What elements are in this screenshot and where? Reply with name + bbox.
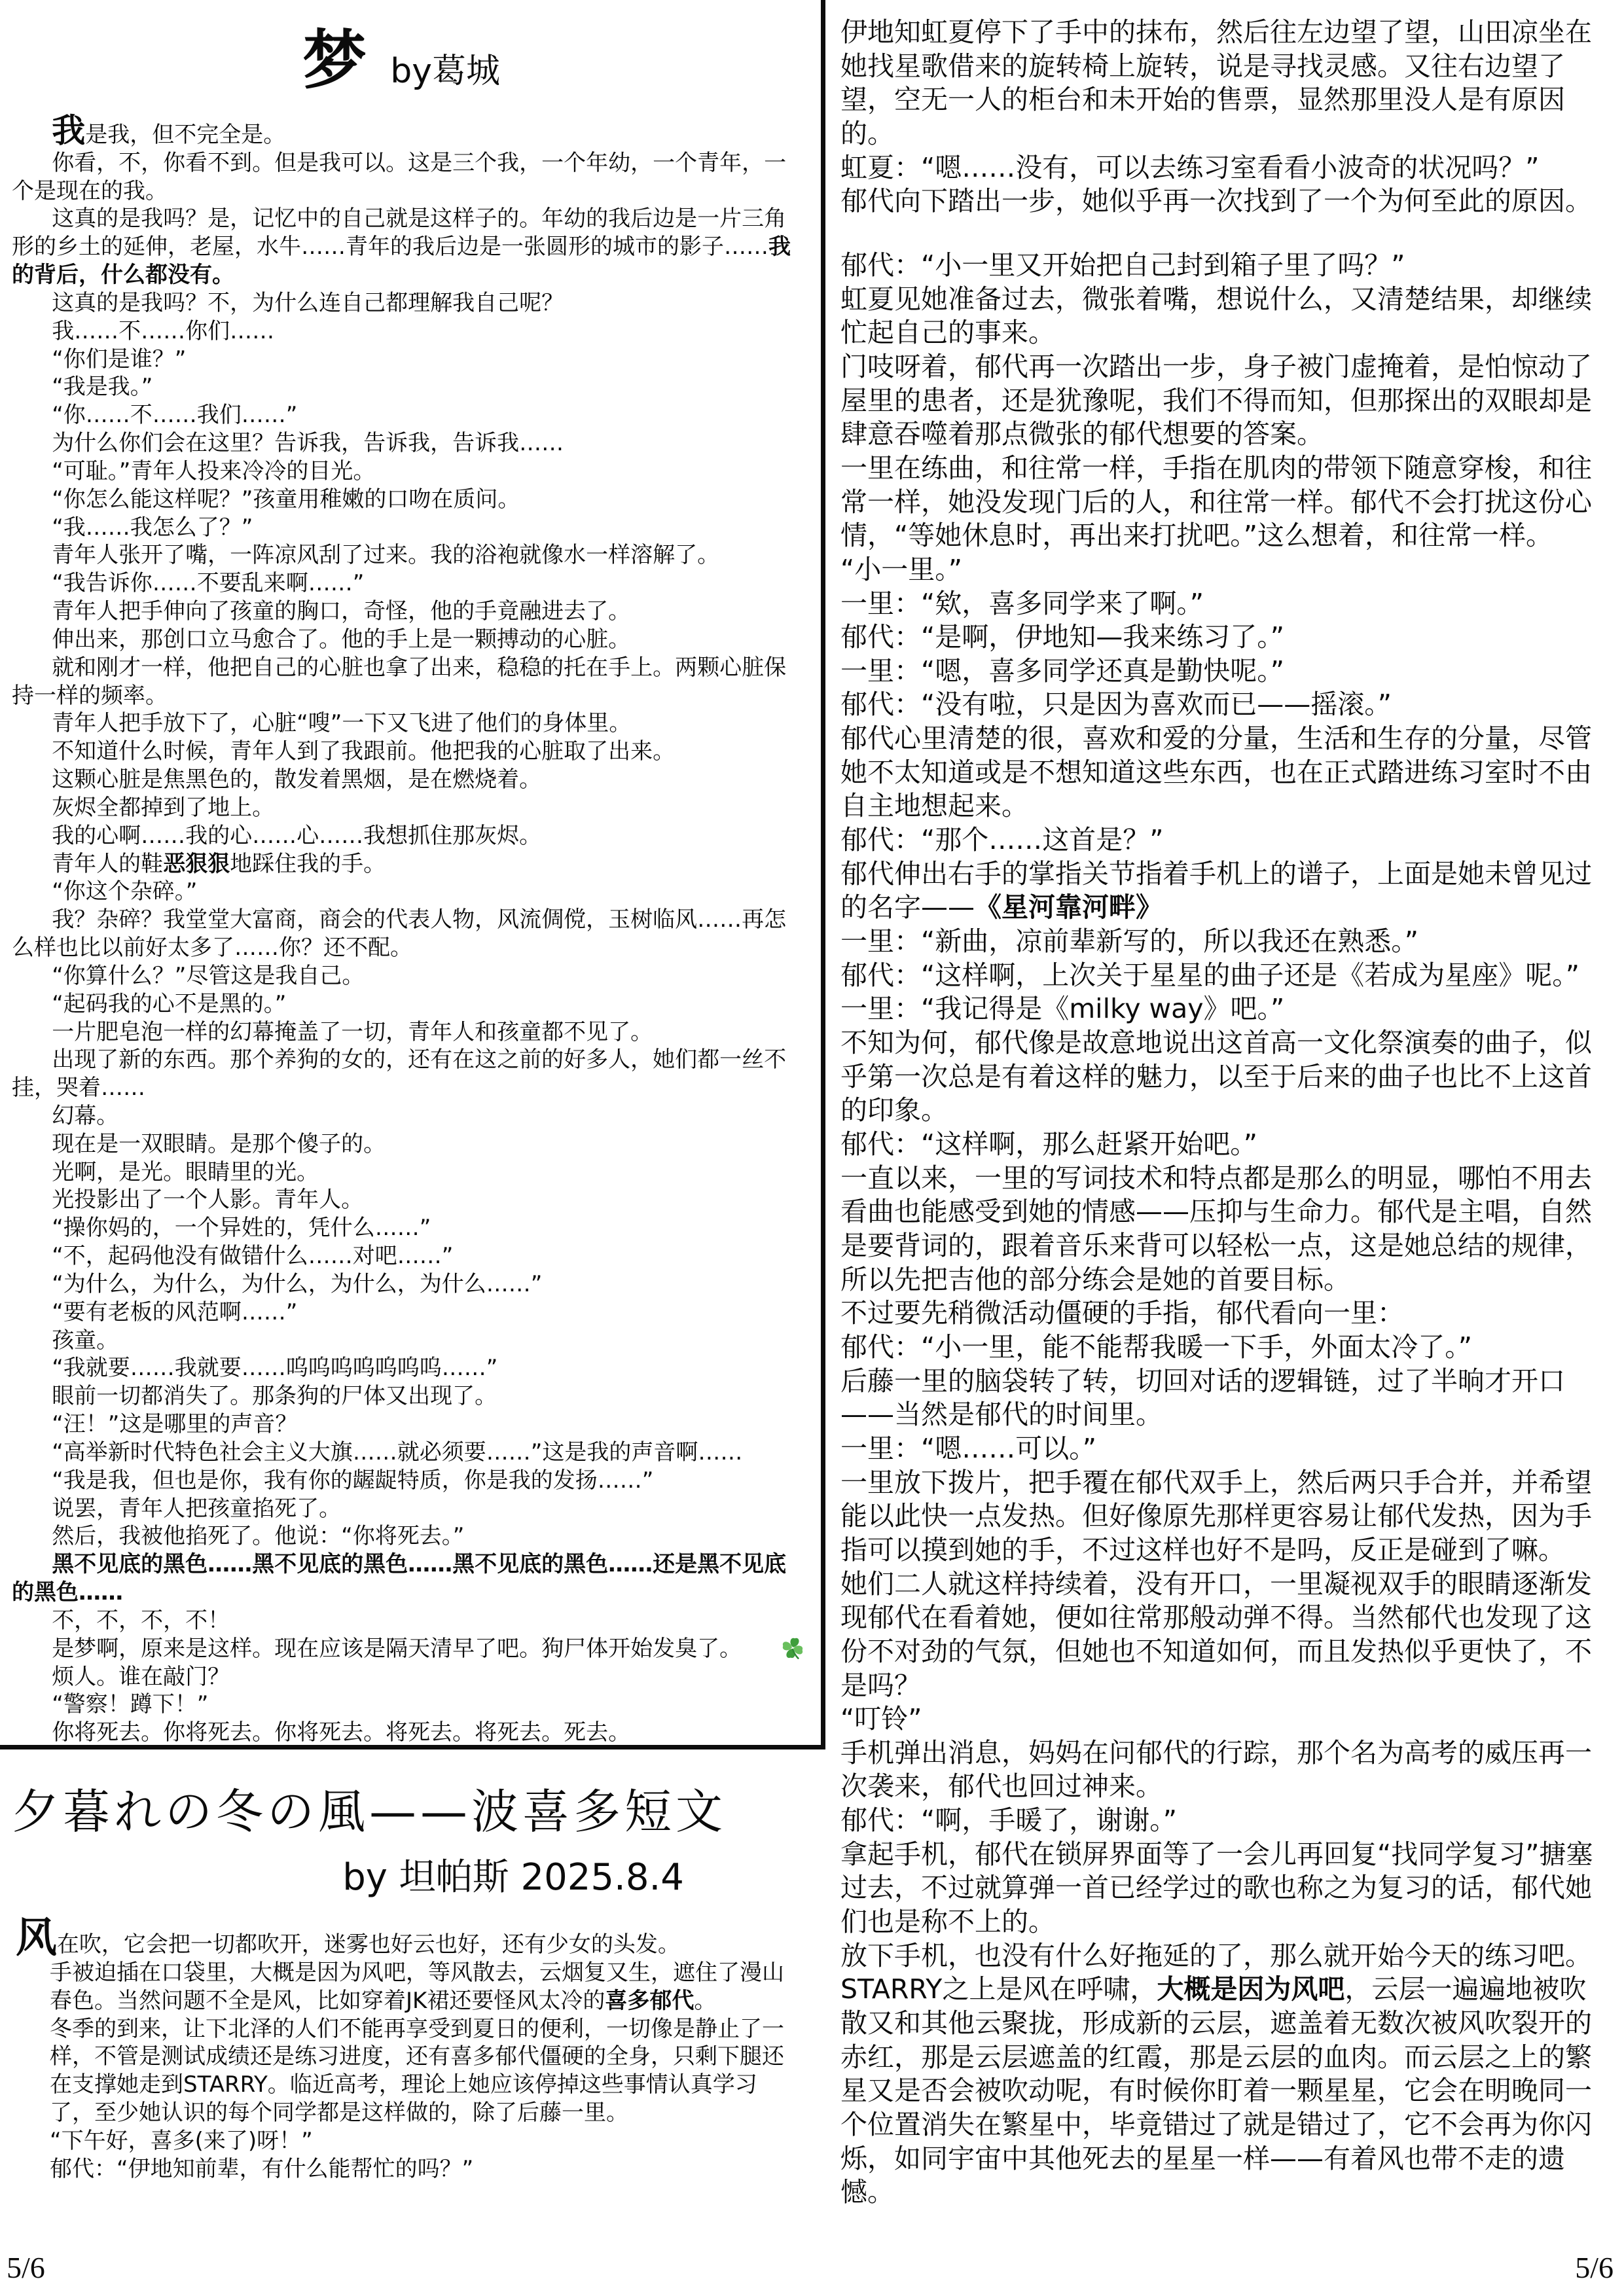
paragraph: 幻幕。 (12, 1102, 791, 1130)
paragraph: “要有老板的风范啊……” (12, 1299, 791, 1327)
paragraph: 一里：“新曲，凉前辈新写的，所以我还在熟悉。” (840, 925, 1613, 959)
paragraph: “下午好，喜多(来了)呀！” (50, 2127, 799, 2155)
paragraph: 郁代向下踏出一步，她似乎再一次找到了一个为何至此的原因。 (840, 185, 1613, 219)
paragraph: 她们二人就这样持续着，没有开口，一里凝视双手的眼睛逐渐发现郁代在看着她，便如往常… (840, 1568, 1613, 1703)
story1-section: 梦 by葛城 我是我，但不完全是。你看，不，你看不到。但是我可以。这是三个我，一… (0, 0, 825, 1749)
page: 梦 by葛城 我是我，但不完全是。你看，不，你看不到。但是我可以。这是三个我，一… (0, 0, 1624, 2296)
paragraph: 冬季的到来，让下北泽的人们不能再享受到夏日的便利，一切像是静止了一样，不管是测试… (50, 2015, 799, 2127)
paragraph: 郁代：“小一里，能不能帮我暖一下手，外面太冷了。” (840, 1331, 1613, 1365)
paragraph: 伊地知虹夏停下了手中的抹布，然后往左边望了望，山田凉坐在她找星歌借来的旋转椅上旋… (840, 16, 1613, 151)
story1-title: 梦 by葛城 (12, 9, 791, 101)
paragraph: “你……不……我们……” (12, 401, 791, 429)
paragraph: “我是我。” (12, 373, 791, 401)
paragraph: 郁代：“啊，手暖了，谢谢。” (840, 1804, 1613, 1838)
paragraph: 青年人张开了嘴，一阵凉风刮了过来。我的浴袍就像水一样溶解了。 (12, 541, 791, 569)
paragraph: “我……我怎么了？” (12, 514, 791, 542)
paragraph: 伸出来，那创口立马愈合了。他的手上是一颗搏动的心脏。 (12, 626, 791, 654)
paragraph: “你怎么能这样呢？”孩童用稚嫩的口吻在质问。 (12, 486, 791, 514)
story2-title: 夕暮れの冬の風——波喜多短文 (12, 1774, 799, 1842)
paragraph: 一里放下拨片，把手覆在郁代双手上，然后两只手合并，并希望能以此快一点发热。但好像… (840, 1466, 1613, 1568)
paragraph: 郁代：“没有啦，只是因为喜欢而已——摇滚。” (840, 688, 1613, 722)
right-column: 伊地知虹夏停下了手中的抹布，然后往左边望了望，山田凉坐在她找星歌借来的旋转椅上旋… (840, 16, 1613, 2254)
story1-body: 我是我，但不完全是。你看，不，你看不到。但是我可以。这是三个我，一个年幼，一个青… (12, 115, 791, 1749)
paragraph: 就和刚才一样，他把自己的心脏也拿了出来，稳稳的托在手上。两颗心脏保持一样的频率。 (12, 654, 791, 710)
story2-byline: by 坦帕斯 2025.8.4 (12, 1848, 799, 1901)
paragraph: 孩童。 (12, 1327, 791, 1355)
paragraph: 一里：“嗯……可以。” (840, 1432, 1613, 1466)
paragraph: 说罢，青年人把孩童掐死了。 (12, 1495, 791, 1523)
paragraph: “我就要……我就要……呜呜呜呜呜呜呜……” (12, 1354, 791, 1382)
paragraph: 现在是一双眼睛。是那个傻子的。 (12, 1130, 791, 1158)
paragraph: 烦人。谁在敲门？ (12, 1663, 791, 1691)
paragraph: 这真的是我吗？是，记忆中的自己就是这样子的。年幼的我后边是一片三角形的乡土的延伸… (12, 205, 791, 289)
paragraph: 这真的是我吗？不，为什么连自己都理解我自己呢？ (12, 289, 791, 317)
paragraph: “警察！蹲下！” (12, 1691, 791, 1719)
paragraph: 你看，不，你看不到。但是我可以。这是三个我，一个年幼，一个青年，一个是现在的我。 (12, 149, 791, 206)
paragraph: “小一里。” (840, 553, 1613, 587)
paragraph: “我告诉你……不要乱来啊……” (12, 569, 791, 598)
story2-section: 夕暮れの冬の風——波喜多短文 by 坦帕斯 2025.8.4 风在吹，它会把一切… (0, 1757, 825, 2241)
paragraph: 虹夏：“嗯……没有，可以去练习室看看小波奇的状况吗？” (840, 151, 1613, 185)
paragraph: “叮铃” (840, 1702, 1613, 1736)
paragraph: 不知道什么时候，青年人到了我跟前。他把我的心脏取了出来。 (12, 738, 791, 766)
paragraph: 郁代：“这样啊，上次关于星星的曲子还是《若成为星座》呢。” (840, 959, 1613, 993)
paragraph: 不知为何，郁代像是故意地说出这首高一文化祭演奏的曲子，似乎第一次总是有着这样的魅… (840, 1026, 1613, 1128)
paragraph: 郁代：“小一里又开始把自己封到箱子里了吗？” (840, 249, 1613, 283)
paragraph: 不过要先稍微活动僵硬的手指，郁代看向一里： (840, 1297, 1613, 1331)
paragraph: 放下手机，也没有什么好拖延的了，那么就开始今天的练习吧。 (840, 1939, 1613, 1973)
paragraph: 我的心啊……我的心……心……我想抓住那灰烬。 (12, 822, 791, 850)
paragraph: 光啊，是光。眼睛里的光。 (12, 1158, 791, 1187)
paragraph: 一片肥皂泡一样的幻幕掩盖了一切，青年人和孩童都不见了。 (12, 1018, 791, 1047)
story1-byline: by葛城 (390, 52, 500, 91)
paragraph: 后藤一里的脑袋转了转，切回对话的逻辑链，过了半晌才开口——当然是郁代的时间里。 (840, 1365, 1613, 1432)
paragraph: 郁代：“这样啊，那么赶紧开始吧。” (840, 1128, 1613, 1162)
paragraph: 你将死去。你将死去。你将死去。将死去。将死去。死去。 (12, 1719, 791, 1747)
paragraph: 一里：“欸，喜多同学来了啊。” (840, 587, 1613, 621)
paragraph: 手机弹出消息，妈妈在问郁代的行踪，那个名为高考的威压再一次袭来，郁代也回过神来。 (840, 1736, 1613, 1804)
paragraph: “你算什么？”尽管这是我自己。 (12, 962, 791, 990)
paragraph: 手被迫插在口袋里，大概是因为风吧，等风散去，云烟复又生，遮住了漫山春色。当然问题… (50, 1959, 799, 2015)
paragraph: 青年人把手放下了，心脏“嗖”一下又飞进了他们的身体里。 (12, 709, 791, 738)
paragraph: 郁代伸出右手的掌指关节指着手机上的谱子，上面是她未曾见过的名字——《星河靠河畔》 (840, 857, 1613, 925)
paragraph: “可耻。”青年人投来冷冷的目光。 (12, 457, 791, 486)
paragraph: 光投影出了一个人影。青年人。 (12, 1186, 791, 1214)
story2-body: 风在吹，它会把一切都吹开，迷雾也好云也好，还有少女的头发。手被迫插在口袋里，大概… (12, 1918, 799, 2183)
paragraph: “你这个杂碎。” (12, 878, 791, 906)
paragraph: “为什么，为什么，为什么，为什么，为什么……” (12, 1270, 791, 1299)
paragraph: 为什么你们会在这里？告诉我，告诉我，告诉我…… (12, 429, 791, 457)
paragraph: 我……不……你们…… (12, 317, 791, 346)
paragraph: 郁代心里清楚的很，喜欢和爱的分量，生活和生存的分量，尽管她不太知道或是不想知道这… (840, 722, 1613, 823)
paragraph: 青年人把手伸向了孩童的胸口，奇怪，他的手竟融进去了。 (12, 598, 791, 626)
paragraph: 门吱呀着，郁代再一次踏出一步，身子被门虚掩着，是怕惊动了屋里的患者，还是犹豫呢，… (840, 350, 1613, 452)
paragraph: 青年人的鞋恶狠狠地踩住我的手。 (12, 850, 791, 878)
paragraph: 一里：“我记得是《milky way》吧。” (840, 992, 1613, 1026)
paragraph: 郁代：“那个……这首是？” (840, 823, 1613, 857)
paragraph: 出现了新的东西。那个养狗的女的，还有在这之前的好多人，她们都一丝不挂，哭着…… (12, 1046, 791, 1102)
paragraph: “不，起码他没有做错什么……对吧……” (12, 1242, 791, 1270)
paragraph: “操你妈的，一个异姓的，凭什么……” (12, 1214, 791, 1242)
paragraph: 黑不见底的黑色……黑不见底的黑色……黑不见底的黑色……还是黑不见底的黑色…… (12, 1551, 791, 1607)
paragraph: “那个老屌毛被抓了？” (12, 1747, 791, 1749)
page-number-right: 5/6 (1575, 2250, 1614, 2285)
paragraph: 一里在练曲，和往常一样，手指在肌肉的带领下随意穿梭，和往常一样，她没发现门后的人… (840, 452, 1613, 553)
paragraph: “汪！”这是哪里的声音？ (12, 1410, 791, 1439)
paragraph: 灰烬全都掉到了地上。 (12, 794, 791, 822)
paragraph: 我？杂碎？我堂堂大富商，商会的代表人物，风流倜傥，玉树临风……再怎么样也比以前好… (12, 906, 791, 962)
paragraph: 拿起手机，郁代在锁屏界面等了一会儿再回复“找同学复习”搪塞过去，不过就算弹一首已… (840, 1838, 1613, 1939)
paragraph: “起码我的心不是黑的。” (12, 990, 791, 1018)
paragraph: “高举新时代特色社会主义大旗……就必须要……”这是我的声音啊…… (12, 1439, 791, 1467)
story1-title-text: 梦 (302, 24, 369, 98)
paragraph: 不，不，不，不！ (12, 1607, 791, 1635)
paragraph: 这颗心脏是焦黑色的，散发着黑烟，是在燃烧着。 (12, 766, 791, 794)
paragraph: “我是我，但也是你，我有你的龌龊特质，你是我的发扬……” (12, 1467, 791, 1495)
paragraph: “你们是谁？” (12, 346, 791, 374)
paragraph: 风在吹，它会把一切都吹开，迷雾也好云也好，还有少女的头发。 (16, 1918, 799, 1959)
paragraph: 我是我，但不完全是。 (12, 115, 791, 149)
page-number-left: 5/6 (7, 2250, 45, 2285)
paragraph: 郁代：“是啊，伊地知—我来练习了。” (840, 620, 1613, 655)
paragraph: 是梦啊，原来是这样。现在应该是隔天清早了吧。狗尸体开始发臭了。 (12, 1635, 791, 1663)
paragraph: 一直以来，一里的写词技术和特点都是那么的明显，哪怕不用去看曲也能感受到她的情感—… (840, 1162, 1613, 1297)
paragraph: 一里：“嗯，喜多同学还真是勤快呢。” (840, 655, 1613, 689)
paragraph: 郁代：“伊地知前辈，有什么能帮忙的吗？” (50, 2155, 799, 2183)
paragraph: 眼前一切都消失了。那条狗的尸体又出现了。 (12, 1382, 791, 1410)
paragraph: 虹夏见她准备过去，微张着嘴，想说什么，又清楚结果，却继续忙起自己的事来。 (840, 283, 1613, 350)
paragraph: 然后，我被他掐死了。他说：“你将死去。” (12, 1522, 791, 1551)
paragraph: STARRY之上是风在呼啸，大概是因为风吧，云层一遍遍地被吹散又和其他云聚拢，形… (840, 1973, 1613, 2210)
four-leaf-clover-icon (779, 1635, 806, 1662)
